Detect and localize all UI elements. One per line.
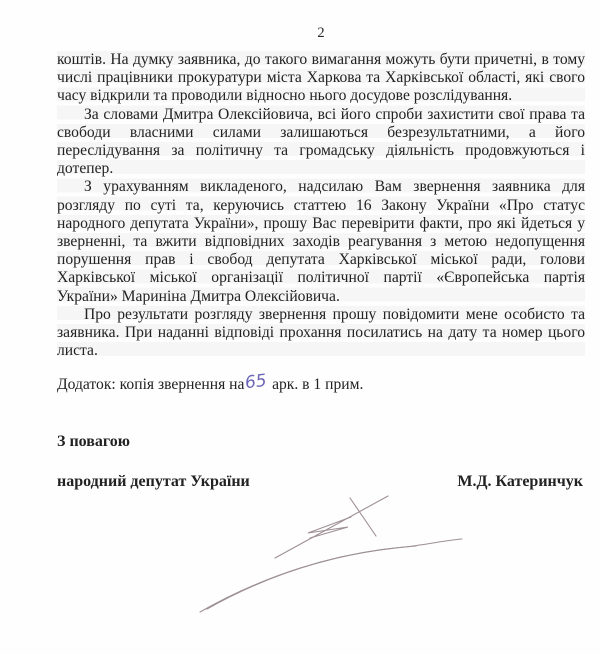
signer-name: М.Д. Катеринчук <box>457 473 583 491</box>
attachment-prefix: Додаток: копія звернення на <box>57 376 244 393</box>
paragraph-3: З урахуванням викладеного, надсилаю Вам … <box>57 178 585 305</box>
paragraph-4: Про результати розгляду звернення прошу … <box>57 306 585 361</box>
attachment-line: Додаток: копія звернення на65арк. в 1 пр… <box>57 376 585 394</box>
paragraph-2: За словами Дмитра Олексійовича, всі його… <box>57 106 585 179</box>
handwritten-signature <box>150 490 590 645</box>
page-number: 2 <box>57 25 585 42</box>
attachment-suffix: арк. в 1 прим. <box>272 376 363 393</box>
scanned-letter-page: 2 коштів. На думку заявника, до такого в… <box>0 0 600 654</box>
signer-row: народний депутат України М.Д. Катеринчук <box>57 473 585 491</box>
letter-body: коштів. На думку заявника, до такого вим… <box>57 51 585 491</box>
paragraph-1: коштів. На думку заявника, до такого вим… <box>57 51 585 106</box>
letter-paragraphs: коштів. На думку заявника, до такого вим… <box>57 51 585 360</box>
handwritten-sheet-count: 65 <box>245 374 268 391</box>
signer-title: народний депутат України <box>57 473 250 491</box>
closing-regards: З повагою <box>57 433 585 451</box>
